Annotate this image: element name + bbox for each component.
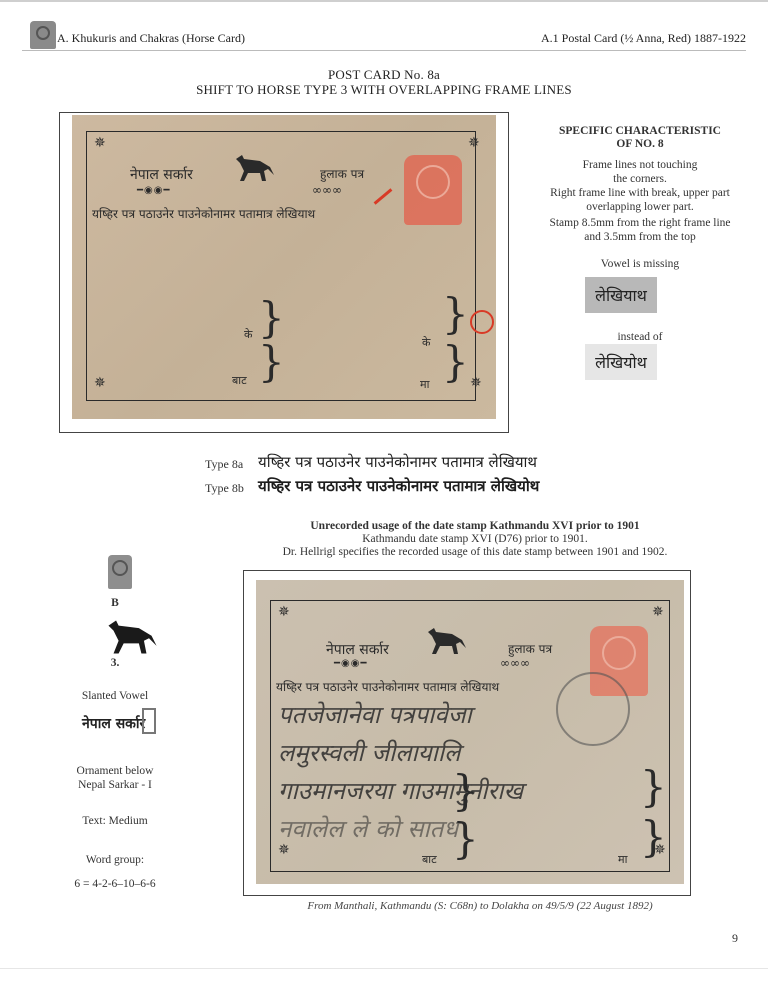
label-ma: मा — [420, 377, 429, 392]
spec-heading: SPECIFIC CHARACTERISTIC OF NO. 8 — [515, 125, 765, 151]
corner-ornament-icon: ✵ — [470, 375, 482, 391]
sample-correct-vowel-image: लेखियोथ — [585, 344, 657, 380]
handwriting-line: नवालेल ले को सातध — [278, 812, 458, 845]
address-brace: } — [640, 766, 667, 808]
spec-heading-line1: SPECIFIC CHARACTERISTIC — [515, 125, 765, 138]
slanted-vowel-sample: नेपाल सर्कार — [82, 714, 145, 733]
sample-missing-vowel-image: लेखियाथ — [585, 277, 657, 313]
flourish-ornament-icon: ∞∞∞ — [500, 656, 530, 670]
spec-text: overlapping lower part. — [515, 200, 765, 214]
spec-text: Stamp 8.5mm from the right frame line — [515, 216, 765, 230]
ornament-label-2: Nepal Sarkar - I — [60, 778, 170, 792]
label-ke-right: के — [422, 335, 430, 350]
spec-para-stamp: Stamp 8.5mm from the right frame line an… — [515, 216, 765, 244]
address-brace: } — [258, 341, 285, 383]
horse-icon — [230, 153, 276, 183]
label-bat: बाट — [232, 373, 247, 388]
ornament-label-1: Ornament below — [60, 764, 170, 778]
khukuris-chakras-emblem-icon — [30, 21, 56, 49]
type-8a-text: यष्हिर पत्र पठाउनेर पाउनेकोनामर पतामात्र… — [258, 452, 537, 472]
slant-highlight-box — [142, 708, 156, 734]
instead-of-label: instead of — [515, 330, 765, 344]
page-subtitle: SHIFT TO HORSE TYPE 3 WITH OVERLAPPING F… — [0, 82, 768, 98]
slanted-vowel-label: Slanted Vowel — [60, 689, 170, 703]
type-8b-label: Type 8b — [205, 481, 244, 496]
spec-text: and 3.5mm from the top — [515, 230, 765, 244]
kathmandu-postmark — [556, 672, 630, 746]
stamp-type-b-icon — [108, 555, 132, 589]
word-group-formula: 6 = 4-2-6–10–6-6 — [60, 877, 170, 891]
address-brace: } — [640, 816, 667, 858]
address-brace: } — [442, 293, 469, 335]
usage-line3: Dr. Hellrigl specifies the recorded usag… — [250, 546, 700, 559]
handwriting-line: पतजेजानेवा पत्रपावेजा — [278, 698, 472, 731]
corner-ornament-icon: ✵ — [468, 135, 480, 151]
page-number: 9 — [732, 931, 738, 946]
address-brace: } — [452, 770, 479, 812]
spec-para-frame: Frame lines not touching the corners. Ri… — [515, 158, 765, 214]
red-circle-annotation — [470, 310, 494, 334]
page-title: POST CARD No. 8a — [0, 67, 768, 83]
handwriting-line: लमुरस्वली जीलायालि — [278, 736, 460, 769]
ornament-below-icon: ━◉◉━ — [334, 658, 368, 669]
catalog-title: A.1 Postal Card (½ Anna, Red) 1887-1922 — [541, 31, 746, 46]
horse-type-3-icon — [100, 618, 160, 656]
vowel-missing-label: Vowel is missing — [515, 257, 765, 271]
postcard-image-2: ✵ ✵ ✵ ✵ नेपाल सर्कार हुलाक पत्र ━◉◉━ ∞∞∞… — [256, 580, 684, 884]
corner-ornament-icon: ✵ — [94, 375, 106, 391]
type-8b-text: यष्हिर पत्र पठाउनेर पाउनेकोनामर पतामात्र… — [258, 476, 539, 496]
spec-text: the corners. — [515, 172, 765, 186]
instruction-line: यष्हिर पत्र पठाउनेर पाउनेकोनामर पतामात्र… — [92, 205, 315, 222]
card2-caption: From Manthali, Kathmandu (S: C68n) to Do… — [280, 900, 680, 912]
ornament-below-icon: ━◉◉━ — [137, 185, 171, 196]
spec-text: Right frame line with break, upper part — [515, 186, 765, 200]
address-brace: } — [452, 818, 479, 860]
instruction-line: यष्हिर पत्र पठाउनेर पाउनेकोनामर पतामात्र… — [276, 678, 499, 695]
horse-type-label: 3. — [60, 656, 170, 670]
postcard-image-1: ✵ ✵ ✵ ✵ नेपाल सर्कार हुलाक पत्र ━◉◉━ ∞∞∞… — [72, 115, 496, 419]
top-edge-shadow — [0, 0, 768, 2]
label-bat: बाट — [422, 852, 437, 867]
corner-ornament-icon: ✵ — [278, 604, 290, 620]
nepal-sarkar-text: नेपाल सर्कार — [130, 165, 193, 184]
word-group-label: Word group: — [60, 853, 170, 867]
nepal-sarkar-text: नेपाल सर्कार — [326, 640, 389, 659]
hulak-patra-text: हुलाक पत्र — [320, 165, 364, 182]
text-size-label: Text: Medium — [60, 814, 170, 828]
address-brace: } — [258, 297, 285, 339]
label-ke-left: के — [244, 327, 252, 342]
label-ma: मा — [618, 852, 627, 867]
usage-heading: Unrecorded usage of the date stamp Kathm… — [250, 520, 700, 533]
red-stamp-imprint — [404, 155, 462, 225]
section-title: A. Khukuris and Chakras (Horse Card) — [57, 31, 245, 46]
corner-ornament-icon: ✵ — [94, 135, 106, 151]
bottom-edge — [0, 968, 768, 969]
stamp-type-label: B — [60, 596, 170, 610]
header-divider — [22, 50, 746, 51]
type-8a-label: Type 8a — [205, 457, 243, 472]
flourish-ornament-icon: ∞∞∞ — [312, 183, 342, 197]
horse-icon — [422, 626, 468, 656]
hulak-patra-text: हुलाक पत्र — [508, 640, 552, 657]
spec-heading-line2: OF NO. 8 — [515, 138, 765, 151]
usage-line2: Kathmandu date stamp XVI (D76) prior to … — [250, 533, 700, 546]
address-brace: } — [442, 341, 469, 383]
handwriting-line: गाउमानजरया गाउमामुनीराख — [278, 774, 523, 807]
corner-ornament-icon: ✵ — [652, 604, 664, 620]
spec-text: Frame lines not touching — [515, 158, 765, 172]
